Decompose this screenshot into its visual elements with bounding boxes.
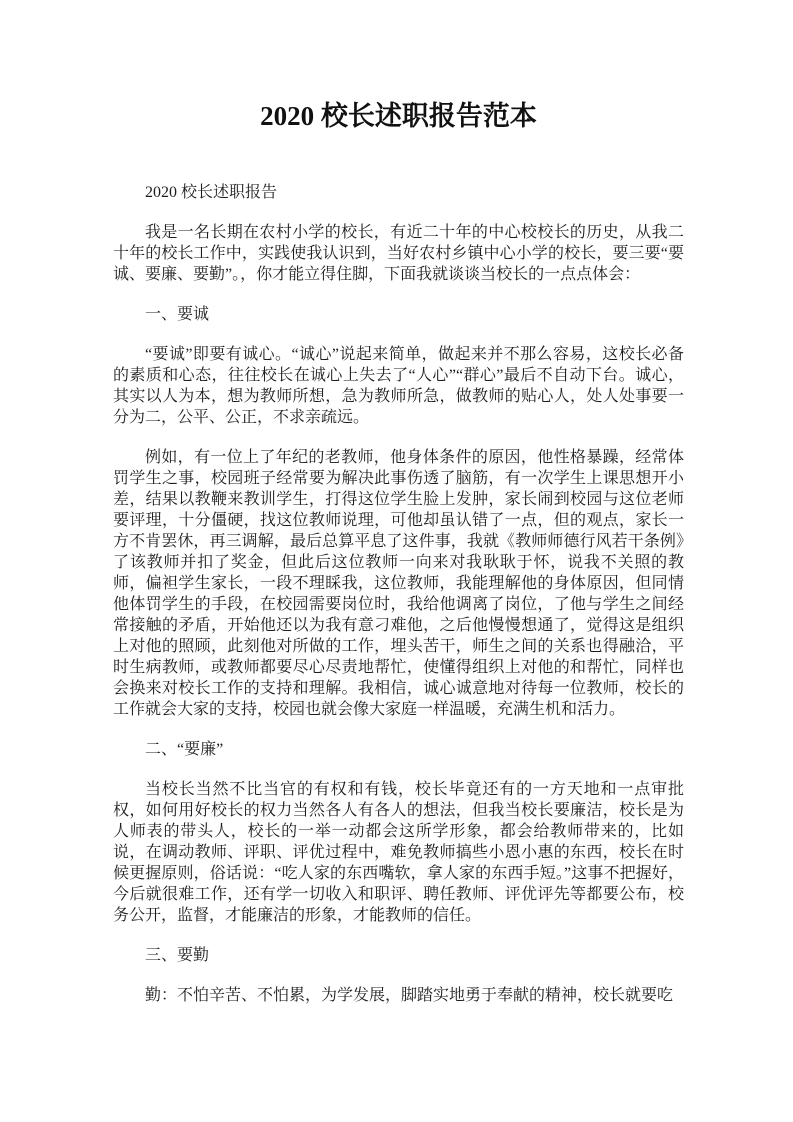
document-title: 2020 校长述职报告范本 xyxy=(113,100,684,132)
section-heading-3: 三、要勤 xyxy=(113,945,684,966)
paragraph-section2-body1: 当校长当然不比当官的有权和有钱，校长毕竟还有的一方天地和一点审批权，如何用好校长… xyxy=(113,779,684,926)
paragraph-section1-body1: “要诚”即要有诚心。“诚心”说起来简单，做起来并不那么容易，这校长必备的素质和心… xyxy=(113,344,684,428)
document-page: 2020 校长述职报告范本 2020 校长述职报告 我是一名长期在农村小学的校长… xyxy=(0,0,793,1122)
paragraph-subtitle: 2020 校长述职报告 xyxy=(113,182,684,203)
paragraph-intro: 我是一名长期在农村小学的校长，有近二十年的中心校校长的历史，从我二十年的校长工作… xyxy=(113,222,684,285)
section-heading-1: 一、要诚 xyxy=(113,304,684,325)
paragraph-section1-body2: 例如，有一位上了年纪的老教师，他身体条件的原因，他性格暴躁，经常体罚学生之事，校… xyxy=(113,447,684,720)
section-heading-2: 二、“要廉” xyxy=(113,739,684,760)
paragraph-section3-body1: 勤：不怕辛苦、不怕累，为学发展，脚踏实地勇于奉献的精神，校长就要吃 xyxy=(113,985,684,1006)
